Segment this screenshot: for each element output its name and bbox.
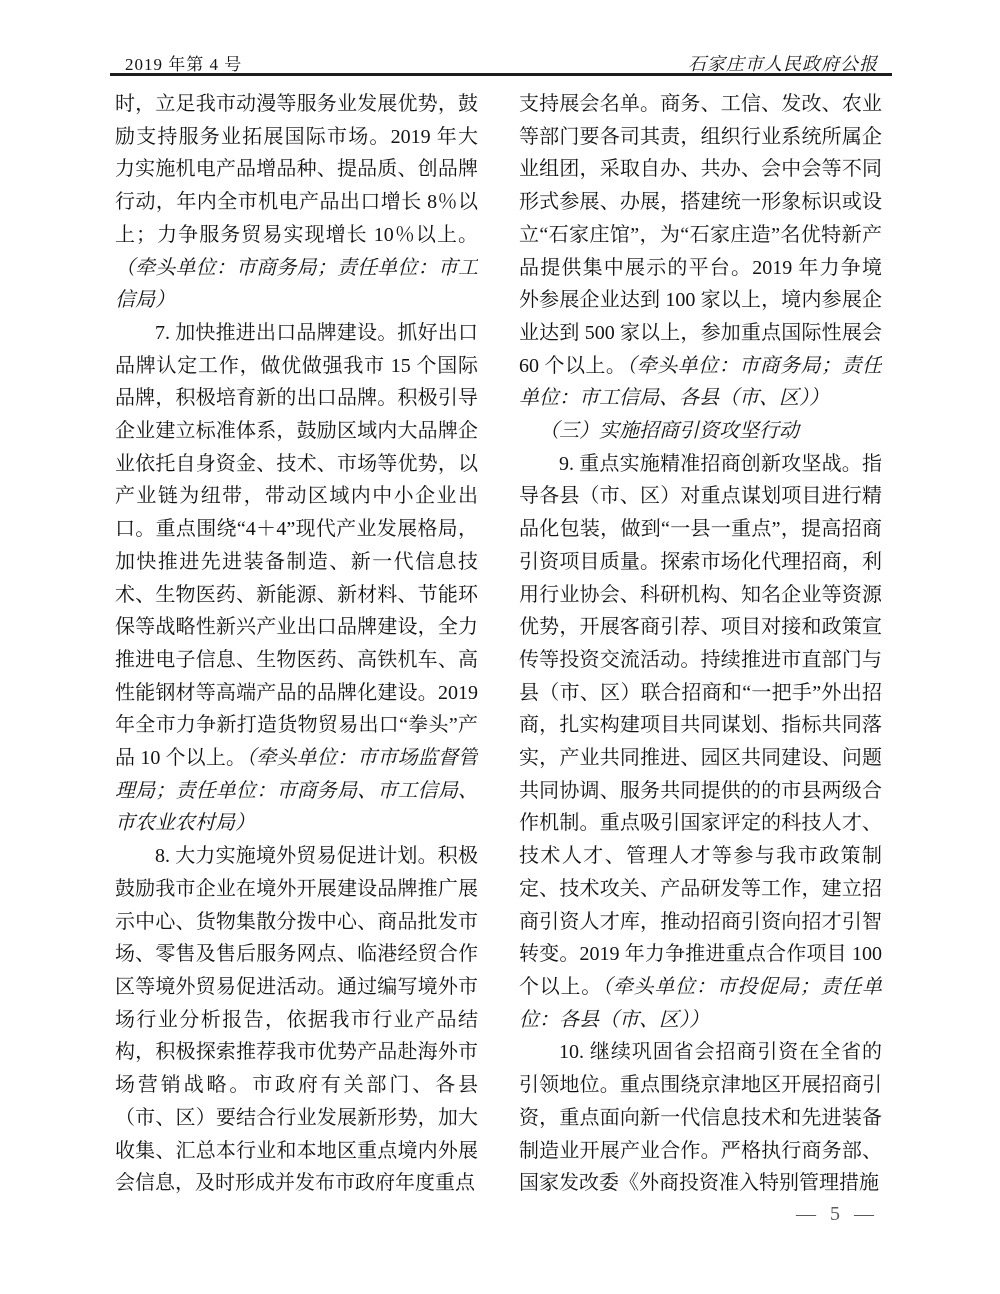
body-text: 9. 重点实施精准招商创新攻坚战。指导各县（市、区）对重点谋划项目进行精品化包装… xyxy=(519,453,882,998)
paragraph-9: 9. 重点实施精准招商创新攻坚战。指导各县（市、区）对重点谋划项目进行精品化包装… xyxy=(519,448,882,1037)
paragraph-8: 8. 大力实施境外贸易促进计划。积极鼓励我市企业在境外开展建设品牌推广展示中心、… xyxy=(115,840,478,1200)
responsibility-annotation: （牵头单位：市商务局；责任单位：市工信局） xyxy=(115,257,478,312)
paragraph-6-continued: 时，立足我市动漫等服务业发展优势，鼓励支持服务业拓展国际市场。2019 年大力实… xyxy=(115,88,478,317)
header-issue-number: 2019 年第 4 号 xyxy=(125,50,242,75)
paragraph-10: 10. 继续巩固省会招商引资在全省的引领地位。重点围绕京津地区开展招商引资，重点… xyxy=(519,1036,882,1200)
paragraph-7: 7. 加快推进出口品牌建设。抓好出口品牌认定工作，做优做强我市 15 个国际品牌… xyxy=(115,317,478,840)
body-text: 10. 继续巩固省会招商引资在全省的引领地位。重点围绕京津地区开展招商引资，重点… xyxy=(519,1041,882,1194)
body-text: 时，立足我市动漫等服务业发展优势，鼓励支持服务业拓展国际市场。2019 年大力实… xyxy=(115,93,478,246)
text-column-right: 支持展会名单。商务、工信、发改、农业等部门要各司其责，组织行业系统所属企业组团，… xyxy=(519,88,882,1206)
page-number: — 5 — xyxy=(519,1203,882,1226)
body-text: 支持展会名单。商务、工信、发改、农业等部门要各司其责，组织行业系统所属企业组团，… xyxy=(519,93,882,377)
section-heading-3: （三）实施招商引资攻坚行动 xyxy=(519,415,882,448)
paragraph-8-continued: 支持展会名单。商务、工信、发改、农业等部门要各司其责，组织行业系统所属企业组团，… xyxy=(519,88,882,415)
header-divider-rule xyxy=(110,73,892,76)
responsibility-annotation: （三）实施招商引资攻坚行动 xyxy=(539,420,799,442)
gazette-page: 2019 年第 4 号 石家庄市人民政府公报 时，立足我市动漫等服务业发展优势，… xyxy=(0,0,1000,1294)
body-text: 7. 加快推进出口品牌建设。抓好出口品牌认定工作，做优做强我市 15 个国际品牌… xyxy=(115,322,478,769)
text-column-left: 时，立足我市动漫等服务业发展优势，鼓励支持服务业拓展国际市场。2019 年大力实… xyxy=(115,88,478,1206)
body-text: 8. 大力实施境外贸易促进计划。积极鼓励我市企业在境外开展建设品牌推广展示中心、… xyxy=(115,845,478,1194)
